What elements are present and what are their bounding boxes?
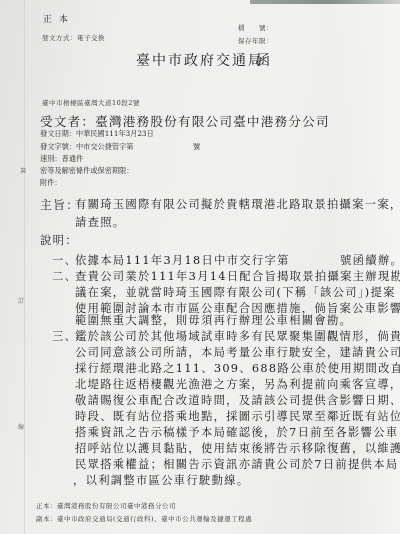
- delivery-method: 發文方式：電子交換: [42, 33, 105, 42]
- issue-number: 發文字號：中市交公捷管字第: [40, 142, 133, 152]
- item-1-number: 一、: [52, 252, 77, 268]
- sender-address: 臺中市梧棲區臺灣大道10段2號: [42, 98, 140, 107]
- binding-mark-ding: 訂: [18, 296, 24, 305]
- item-3-line: 時段、既有站位搭乘地點，採圖示引導民眾至鄰近既有站位: [75, 408, 400, 424]
- subject-line-2: 請查照。: [75, 214, 125, 230]
- item-3-line: 公司同意該公司所請，本局考量公車行駛安全，建請貴公司: [75, 344, 400, 360]
- copy-type-label: 正 本: [43, 12, 70, 25]
- subject-label: 主旨：: [40, 196, 79, 213]
- retention-period-label: 保存年限：: [238, 36, 273, 45]
- item-3-line: 敬請賜復公車配合改道時間，及請該公司提供含影響日期、: [75, 392, 400, 408]
- item-3-line: 搭乘資訊之告示稿樣予本局確認後，於7日前至各影響公車: [75, 424, 398, 440]
- item-2-line: 範圍無重大調整，則毋須再行辦理公車相關會勘。: [75, 312, 352, 328]
- item-2-line: 查貴公司業於111年3月14日配合旨揭取景拍攝案主辦現勘會: [75, 268, 400, 284]
- issue-number-suffix: 號: [193, 142, 200, 152]
- recipient: 受文者：臺灣港務股份有限公司臺中港務分公司: [40, 111, 330, 130]
- binding-mark-xian: 線: [18, 422, 24, 431]
- binding-mark-zhuang: 裝: [20, 166, 26, 175]
- document-type: 函: [256, 50, 272, 70]
- subject-line-1: 有關琦玉國際有限公司擬於貴轄環港北路取景拍攝案一案，: [75, 196, 400, 212]
- item-3-line: 採行經環港北路之111、309、688路公車於使用期間改直行: [75, 360, 400, 376]
- file-number-label: 檔 號：: [238, 23, 273, 32]
- item-3-line: 招呼站位以護貝黏貼，使用結束後將告示移除復舊，以維護: [75, 440, 400, 456]
- issue-date: 發文日期：中華民國111年3月23日: [40, 129, 154, 139]
- item-3-number: 三、: [52, 328, 77, 344]
- item-3-line: 鑑於該公司於其他場域試車時多有民眾聚集圍觀情形，倘貴: [75, 328, 400, 344]
- classification: 密等及解密條件或保密期限：: [40, 166, 133, 176]
- item-3-line: ，以利調整市區公車行駛動線。: [73, 472, 249, 488]
- distribution-original: 正本：臺灣港務股份有限公司臺中港務分公司: [36, 501, 176, 510]
- item-2-number: 二、: [52, 268, 77, 284]
- item-1-line: 依據本局111年3月18日中市交行字第 號函續辦。: [75, 252, 400, 268]
- agency-title: 臺中市政府交通局: [136, 50, 264, 70]
- urgency: 速別：普通件: [40, 154, 83, 164]
- distribution-copies: 副本：臺中市政府交通局(交通行政科)、臺中市公共運輸及捷運工程處: [36, 514, 252, 523]
- explanation-label: 說明：: [40, 232, 78, 248]
- item-3-line: 北堤路往返梧棲觀光漁港之方案，另為利提前向乘客宣導，: [75, 376, 400, 392]
- attachments: 附件：: [40, 178, 62, 188]
- binding-margin-line: [24, 0, 25, 534]
- item-3-line: 民眾搭乘權益；相關告示資訊亦請貴公司於7日前提供本局: [75, 456, 398, 472]
- item-2-line: 議在案，並就當時琦玉國際有限公司(下稱「該公司」)提案: [75, 284, 396, 300]
